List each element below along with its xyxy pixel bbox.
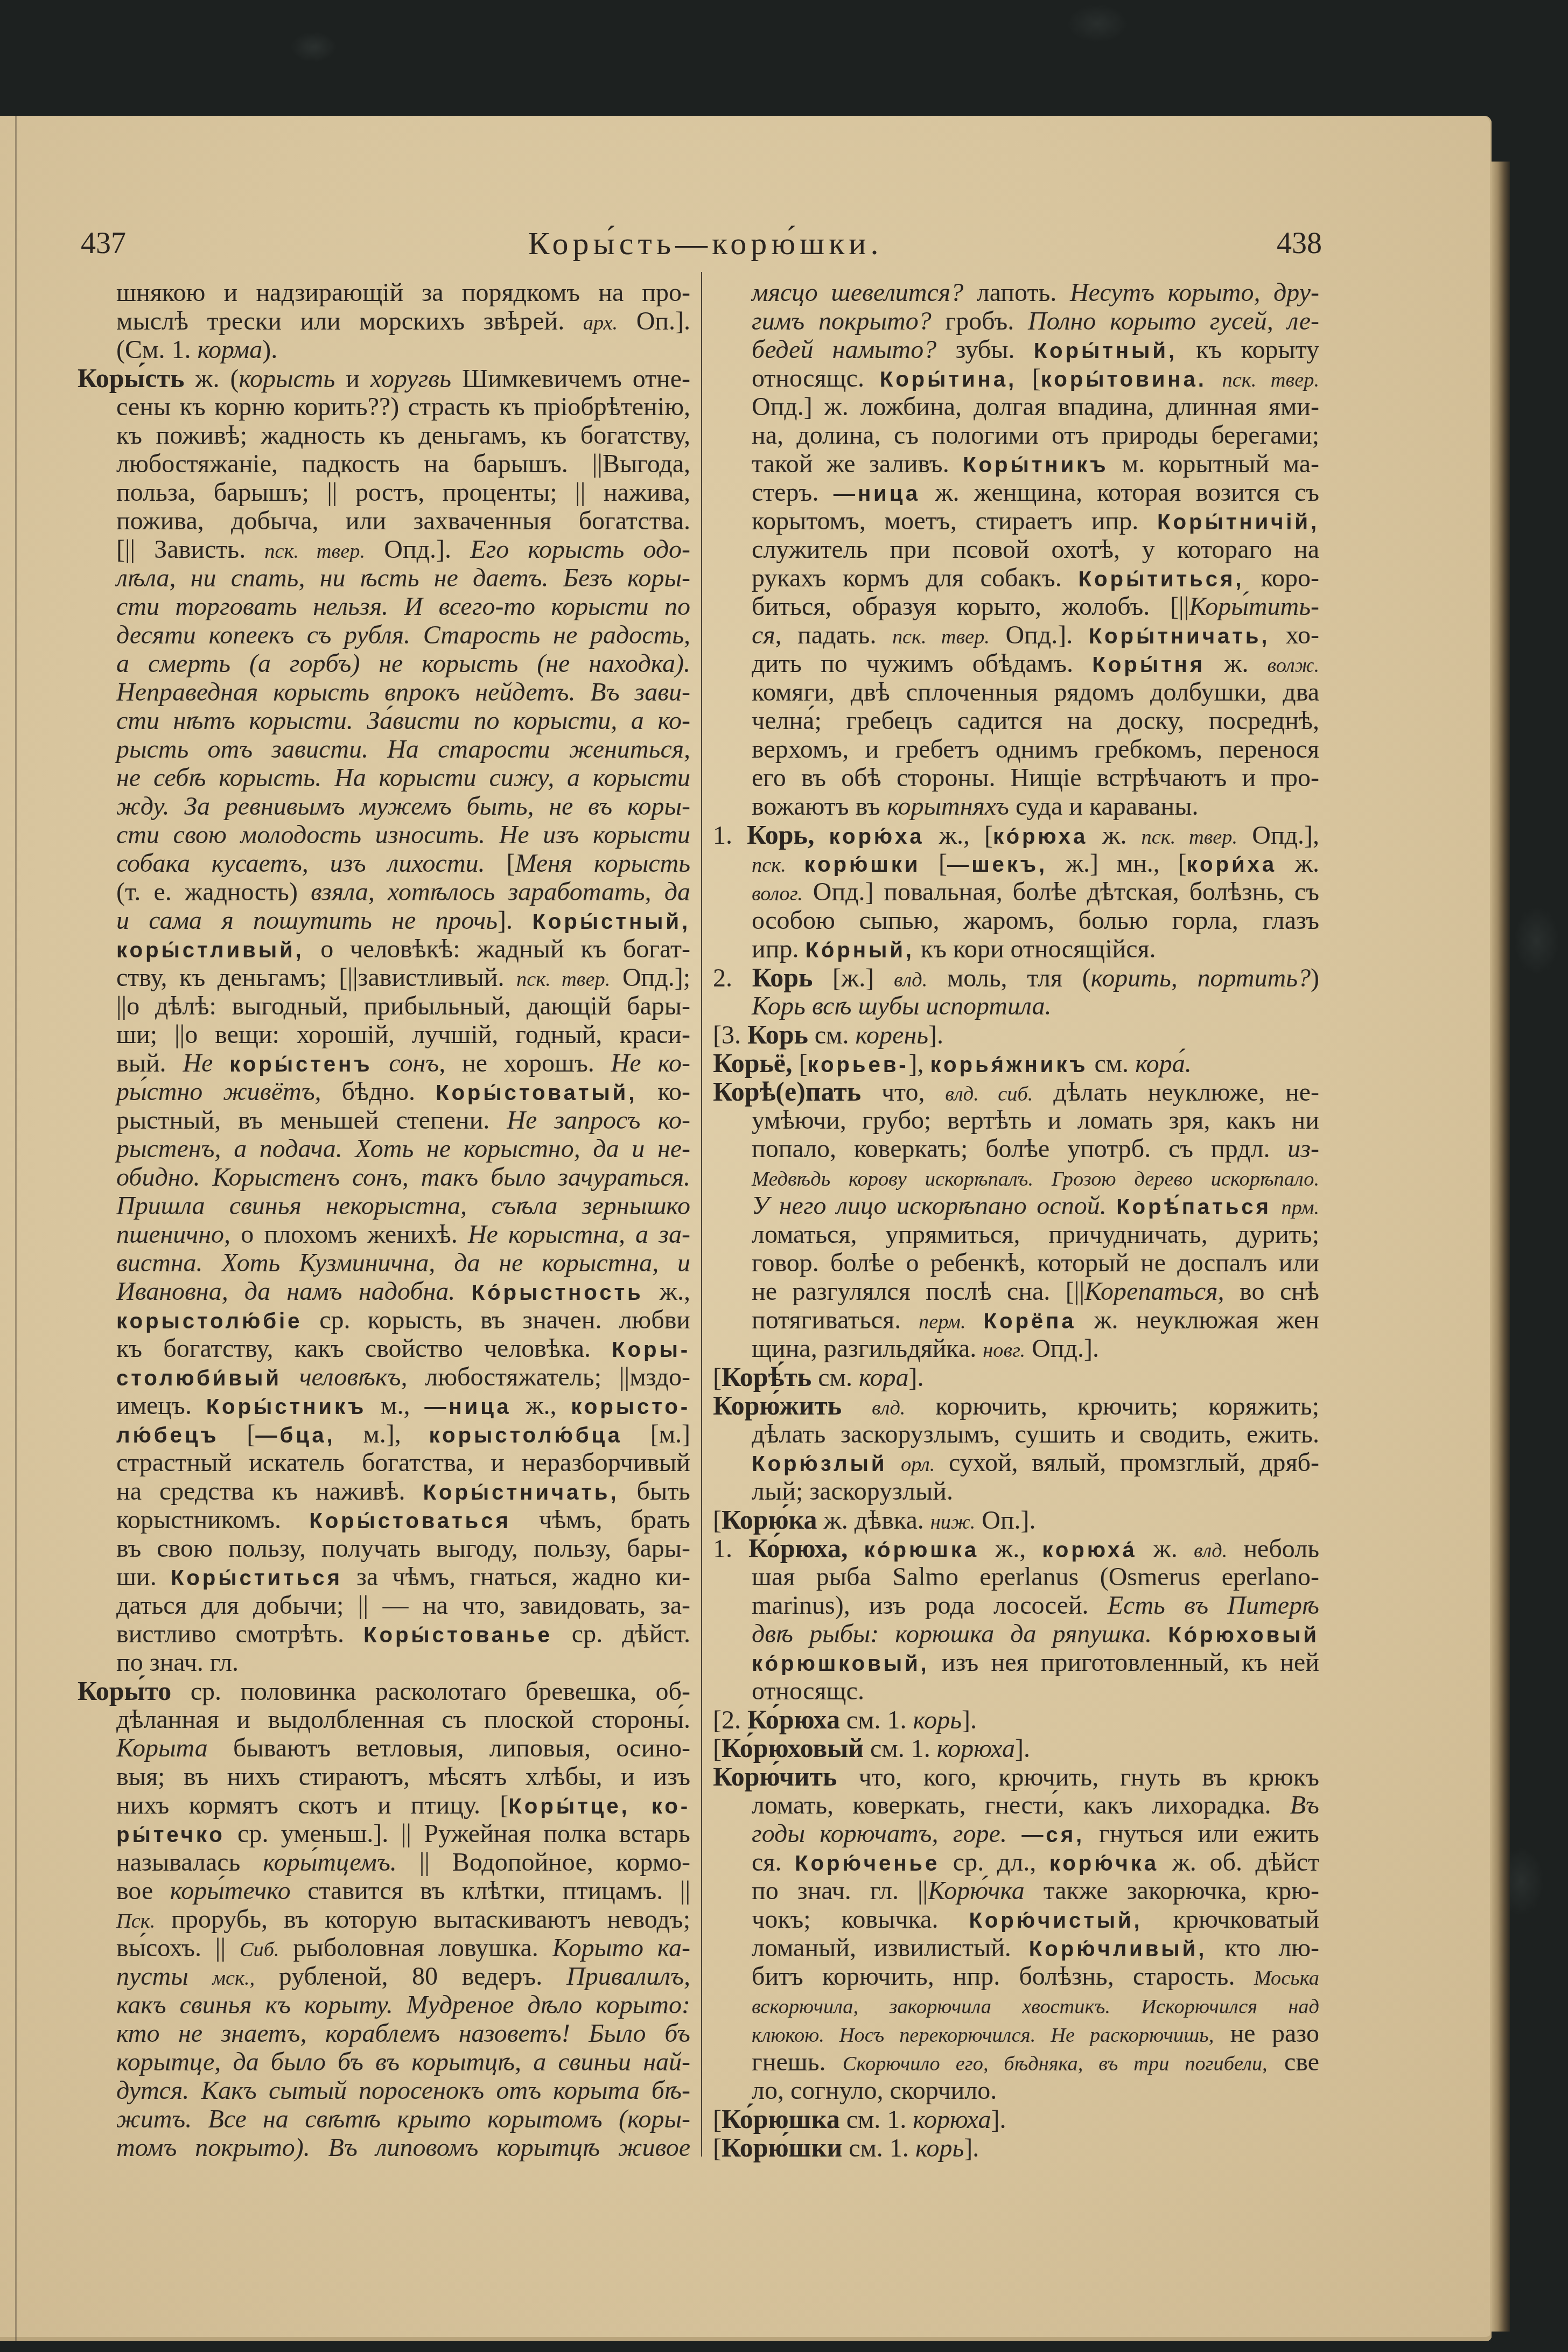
bold-derivative: коры́стенъ: [229, 1052, 372, 1076]
italic-text: Не: [183, 1049, 229, 1077]
text-run: см.: [811, 1363, 859, 1392]
dictionary-entry: [3. Корь см. корень].: [713, 1020, 1319, 1049]
text-run: лапоть.: [963, 278, 1070, 307]
text-run: въ свою пользу, получать выгоду, пользу,…: [116, 1534, 690, 1563]
bold-derivative: Коры́тина,: [880, 367, 1017, 391]
text-run: ж.: [1277, 849, 1319, 878]
text-run: потягиваться.: [752, 1306, 919, 1334]
italic-text: кора: [859, 1363, 909, 1392]
text-run: м. корытный ма-: [1108, 450, 1319, 478]
page-number-right: 438: [1238, 222, 1322, 265]
text-run: быть: [619, 1477, 690, 1506]
text-line: служитель при псовой охотѣ, у котораго н…: [713, 535, 1319, 564]
bold-derivative: Коры́стоваться: [309, 1508, 511, 1533]
text-line: 2. Корь [ж.] влд. моль, тля (корить, пор…: [713, 963, 1319, 992]
text-run: ].: [928, 1021, 943, 1049]
bold-derivative: ко́рюха: [993, 824, 1088, 849]
text-line: корыстникомъ. Коры́стоваться чѣмъ, брать: [78, 1506, 690, 1534]
text-run: Опд.].: [365, 535, 470, 564]
small-italic-abbreviation: пск. твер.: [1141, 826, 1237, 849]
bold-derivative: кори́ха: [1187, 852, 1277, 877]
text-run: Опд.] ж. ложбина, долгая впадина, длинна…: [752, 393, 1319, 421]
text-run: говор. болѣе о ребенкѣ, который не доспа…: [752, 1249, 1319, 1277]
text-line: Коры́сть ж. (корысть и хоругвь Шимкевиче…: [78, 364, 690, 393]
text-run: ].: [498, 906, 532, 935]
text-run: ся.: [752, 1848, 795, 1877]
headword: Корю́чить: [713, 1762, 837, 1791]
italic-text: Неправедная корысть впрокъ нейдетъ. Въ з…: [116, 678, 690, 706]
headword: Корь: [747, 1020, 808, 1049]
text-run: см.: [1088, 1049, 1135, 1078]
italic-text: корюха: [913, 2105, 991, 2134]
text-run: [ж.]: [813, 964, 893, 992]
headword: Корю́шки: [722, 2133, 842, 2162]
column-left: шнякою и надзирающій за порядкомъ на про…: [78, 278, 690, 2162]
bold-derivative: ко́рюшковый,: [752, 1651, 929, 1676]
running-head-title: Коры́сть—корю́шки.: [490, 222, 921, 265]
text-line: вый. Не коры́стенъ сонъ, не хорошъ. Не к…: [78, 1049, 690, 1077]
text-line: вскорючила, закорючила хвостикъ. Искорюч…: [713, 1991, 1319, 2019]
bold-derivative: Коры́стный,: [532, 909, 690, 934]
italic-text: корюха: [937, 1734, 1015, 1763]
italic-text: Корь всѣ шубы испортила.: [752, 992, 1051, 1020]
dictionary-entry: шнякою и надзирающій за порядкомъ на про…: [78, 278, 690, 364]
text-run: ж.,: [643, 1277, 690, 1306]
text-run: верхомъ, и гребетъ однимъ гребкомъ, пере…: [752, 735, 1319, 764]
text-run: Оп.].: [975, 1506, 1035, 1535]
text-line: имецъ. Коры́стникъ м., —ница ж., корысто…: [78, 1391, 690, 1420]
text-line: 1. Корь, корю́ха ж., [ко́рюха ж. пск. тв…: [713, 821, 1319, 849]
text-line: лѣла, ни спать, ни ѣсть не даетъ. Безъ к…: [78, 564, 690, 592]
text-run: кто лю-: [1207, 1934, 1319, 1962]
text-run: такой же заливъ.: [752, 450, 963, 478]
text-run: челна́; гребецъ садится на доску, посред…: [752, 706, 1319, 735]
small-italic-abbreviation: Медвѣдь корову искорѣпалъ. Грозою дерево…: [752, 1168, 1319, 1191]
text-run: [: [792, 1049, 807, 1078]
text-line: Корьё, [корьев-], корья́жникъ см. кора́.: [713, 1049, 1319, 1077]
italic-text: кора́.: [1135, 1049, 1192, 1078]
dictionary-entry: [Ко́рюховый см. 1. корюха].: [713, 1734, 1319, 1762]
italic-text: Несутъ корыто, дру-: [1070, 278, 1319, 307]
italic-text: гимъ покрыто?: [752, 307, 932, 335]
text-run: чокъ; ковычка.: [752, 1905, 969, 1934]
text-run: дѣлать заскорузлымъ, сушить и сводить, е…: [752, 1420, 1319, 1448]
text-run: [м.]: [622, 1420, 690, 1448]
italic-text: взяла, хотѣлось заработать, да: [311, 878, 690, 906]
text-run: (т. е. жадность): [116, 878, 311, 906]
text-run: лый; заскорузлый.: [752, 1477, 953, 1506]
text-run: падать.: [782, 621, 892, 649]
bold-derivative: Коры́тня: [1092, 652, 1205, 677]
italic-text: сти торговать нельзя. И всего-то корысти…: [116, 592, 690, 621]
text-run: ж. об. дѣйст: [1159, 1848, 1319, 1877]
text-run: неболь: [1227, 1535, 1319, 1563]
text-run: ].: [962, 1706, 977, 1734]
small-italic-abbreviation: влд.: [894, 969, 927, 991]
text-run: рукахъ кормъ для собакъ.: [752, 564, 1079, 592]
italic-text: ры́стно живётъ,: [116, 1077, 321, 1106]
text-run: [|| Зависть.: [116, 535, 264, 564]
text-line: щина, разгильдяйка. новг. Опд.].: [713, 1334, 1319, 1363]
italic-text: вистна. Хоть Кузминична, да не корыстна,…: [116, 1249, 690, 1277]
dictionary-entry: Корѣ(е)пать что, влд. сиб. дѣлать неуклю…: [713, 1077, 1319, 1363]
text-run: мыслѣ трески или морскихъ звѣрей.: [116, 307, 583, 335]
text-run: 2.: [713, 964, 752, 992]
bold-derivative: Корѣ́паться: [1116, 1194, 1271, 1219]
text-line: ||о дѣлѣ: выгодный, прибыльный, дающій б…: [78, 992, 690, 1020]
text-run: вы́сохъ. ||: [116, 1934, 240, 1962]
dictionary-entry: Корю́жить влд. корючить, крючить; коряжи…: [713, 1391, 1319, 1506]
text-line: такой же заливъ. Коры́тникъ м. корытный …: [713, 450, 1319, 478]
italic-text: Привалилъ,: [566, 1962, 690, 1991]
italic-text: кто не знаетъ, кораблемъ назоветъ! Было …: [116, 2019, 690, 2048]
text-run: 1.: [713, 1535, 748, 1563]
small-italic-abbreviation: пск. твер.: [516, 968, 610, 991]
text-line: на, долина, съ пологими отъ природы бере…: [713, 421, 1319, 450]
text-run: сухой, вялый, промзглый, дряб-: [935, 1448, 1319, 1477]
text-line: [Корю́ка ж. дѣвка. ниж. Оп.].: [713, 1506, 1319, 1534]
text-run: [: [713, 2134, 722, 2162]
text-run: ломаться, упрямиться, причудничать, дури…: [752, 1220, 1319, 1249]
small-italic-abbreviation: пск. твер.: [1222, 369, 1319, 391]
text-run: даться для добычи; || — на что, завидова…: [116, 1591, 690, 1620]
text-line: бедей намыто? зубы. Коры́тный, къ корыту: [713, 335, 1319, 364]
text-line: [Корѣ́ть см. кора].: [713, 1363, 1319, 1391]
text-run: ломать, коверкать, гнести́, какъ лихорад…: [752, 1791, 1290, 1819]
italic-text: пшенично,: [116, 1220, 230, 1249]
text-run: его въ обѣ стороны. Нищіе встрѣчаютъ и п…: [752, 764, 1319, 792]
small-italic-abbreviation: вскорючила, закорючила хвостикъ. Искорюч…: [752, 1996, 1319, 2018]
text-run: ].: [964, 2134, 979, 2162]
text-run: сены къ корню корить??) страсть къ пріоб…: [116, 393, 690, 421]
text-line: [3. Корь см. корень].: [713, 1020, 1319, 1049]
italic-text: Меня корысть: [515, 849, 690, 878]
italic-text: томъ покрыто). Въ липовомъ корытцѣ живое: [116, 2133, 690, 2162]
text-run: по знач. гл. ||: [752, 1877, 928, 1905]
text-run: биться, образуя корыто, жолобъ. [||: [752, 592, 1189, 621]
text-run: не разгулялся послѣ сна. [||: [752, 1277, 1084, 1306]
text-line: Неправедная корысть впрокъ нейдетъ. Въ з…: [78, 678, 690, 706]
text-run: ср. дѣйст.: [552, 1620, 690, 1648]
text-run: вожаютъ въ: [752, 792, 887, 821]
text-run: по знач. гл.: [116, 1648, 239, 1677]
text-line: пожива, добыча, или захваченныя богатств…: [78, 507, 690, 535]
bold-derivative: ко́рюшка: [864, 1537, 979, 1562]
italic-text: Его корысть одо-: [470, 535, 690, 564]
dictionary-entry: Коры́то ср. половинка расколотаго бревеш…: [78, 1677, 690, 2162]
small-italic-abbreviation: пск.: [752, 854, 786, 877]
bold-derivative: —ница: [834, 481, 920, 506]
text-line: какъ свинья къ корыту. Мудреное дѣло кор…: [78, 1991, 690, 2019]
italic-text: рыстенъ, а подача. Хоть не корыстно, да …: [116, 1135, 690, 1163]
text-run: см. 1.: [840, 1706, 913, 1734]
headword: Корѣ́ть: [722, 1362, 811, 1392]
text-line: собака кусаетъ, изъ лихости. [Меня корыс…: [78, 849, 690, 878]
dictionary-entry: [Корю́шки см. 1. корь].: [713, 2133, 1319, 2162]
text-line: Коры́то ср. половинка расколотаго бревеш…: [78, 1677, 690, 1705]
text-line: страстный искатель богатства, и неразбор…: [78, 1448, 690, 1477]
text-line: говор. болѣе о ребенкѣ, который не доспа…: [713, 1249, 1319, 1277]
bold-derivative: Корю́чливый,: [1029, 1936, 1207, 1961]
text-run: ставится въ клѣтки, птицамъ. ||: [291, 1877, 690, 1905]
text-run: Опд.] повальная, болѣе дѣтская, болѣзнь,…: [803, 878, 1319, 906]
text-run: не хорошъ.: [445, 1049, 611, 1077]
text-run: рубленой, 80 ведеръ.: [255, 1962, 566, 1991]
text-line: даться для добычи; || — на что, завидова…: [78, 1591, 690, 1620]
text-run: ): [1311, 964, 1319, 992]
text-run: корючить, крючить; коряжить;: [905, 1392, 1319, 1420]
text-line: рысть отъ зависти. На старости жениться,: [78, 735, 690, 764]
text-line: [|| Зависть. пск. твер. Опд.]. Его корыс…: [78, 535, 690, 564]
text-run: ||о дѣлѣ: выгодный, прибыльный, дающій б…: [116, 992, 690, 1020]
text-line: гнешь. Скорючило его, бѣдняка, въ три по…: [713, 2048, 1319, 2076]
text-line: корытце, да было бъ въ корытцѣ, а свиньи…: [78, 2048, 690, 2076]
text-run: къ богатству, какъ свойство человѣка.: [116, 1334, 612, 1363]
text-line: [Корю́шки см. 1. корь].: [713, 2133, 1319, 2162]
text-run: ср. уменьш.]. || Ружейная полка встарь: [225, 1819, 690, 1848]
bold-derivative: Коры́тный,: [1034, 338, 1177, 363]
text-line: попало, коверкать; болѣе употрб. съ прдл…: [713, 1135, 1319, 1163]
text-run: не разо: [1214, 2019, 1319, 2048]
text-run: [1207, 364, 1222, 393]
text-line: Корѣ(е)пать что, влд. сиб. дѣлать неуклю…: [713, 1077, 1319, 1106]
text-line: комяги, двѣ сплоченныя рядомъ долбушки, …: [713, 678, 1319, 706]
text-line: и сама я пошутить не прочь]. Коры́стный,: [78, 906, 690, 935]
italic-text: Корыто ка-: [552, 1934, 690, 1962]
italic-text: двѣ рыбы: корюшка да ряпушка.: [752, 1620, 1168, 1648]
dictionary-entry: [Ко́рюшка см. 1. корюха].: [713, 2105, 1319, 2133]
headword: Корьё,: [713, 1048, 792, 1078]
text-line: десяти копеекъ съ рубля. Старость не рад…: [78, 621, 690, 649]
text-line: Корю́чить что, кого, крючить, гнуть въ к…: [713, 1762, 1319, 1791]
italic-text: ся,: [752, 621, 782, 649]
text-line: по знач. гл. ||Корю́чка также закорючка,…: [713, 1877, 1319, 1905]
text-run: корытомъ, моетъ, стираетъ ипр.: [752, 507, 1157, 535]
italic-text: сонъ,: [372, 1049, 445, 1077]
text-run: Оп.].: [618, 307, 690, 335]
text-run: къ корыту: [1177, 335, 1319, 364]
text-run: ло, согнуло, скорчило.: [752, 2076, 997, 2105]
text-run: прорубь, въ которую вытаскиваютъ неводъ;: [155, 1905, 690, 1934]
bold-derivative: —шекъ,: [947, 852, 1047, 877]
text-line: коры́стливый, о человѣкѣ: жадный къ бога…: [78, 935, 690, 963]
italic-text: собака кусаетъ, изъ лихости.: [116, 849, 506, 878]
small-italic-abbreviation: новг.: [983, 1339, 1025, 1362]
italic-text: сти нѣтъ корысти. За́висти по корысти, а…: [116, 706, 690, 735]
text-line: сти свою молодость износить. Не изъ коры…: [78, 821, 690, 849]
text-line: волог. Опд.] повальная, болѣе дѣтская, б…: [713, 878, 1319, 906]
italic-text: лѣла, ни спать, ни ѣсть не даетъ. Безъ к…: [116, 564, 690, 592]
text-run: относящс.: [752, 364, 880, 393]
headword: Ко́рюха: [747, 1705, 840, 1734]
text-line: ши. Коры́ститься за чѣмъ, гнаться, жадно…: [78, 1563, 690, 1591]
text-line: относящс.: [713, 1677, 1319, 1705]
text-line: ры́течко ср. уменьш.]. || Ружейная полка…: [78, 1819, 690, 1848]
text-run: [1271, 1192, 1281, 1220]
text-run: умѣючи, грубо; вертѣть и ломать зря, как…: [752, 1106, 1319, 1135]
text-run: страстный искатель богатства, и неразбор…: [116, 1448, 690, 1477]
text-line: ству, къ деньгамъ; [||завистливый. пск. …: [78, 963, 690, 992]
text-run: [842, 1392, 872, 1420]
text-line: любостяжаніе, падкость на барышъ. ||Выго…: [78, 450, 690, 478]
small-italic-abbreviation: прм.: [1281, 1196, 1319, 1219]
text-run: крючковатый: [1143, 1905, 1319, 1934]
italic-text: У него лицо искорѣпано оспой.: [752, 1192, 1116, 1220]
text-run: корыстникомъ.: [116, 1506, 309, 1534]
bold-derivative: Коры́титься,: [1079, 566, 1244, 591]
italic-text: корысть: [239, 365, 335, 393]
text-line: жду. За ревнивымъ мужемъ быть, не въ кор…: [78, 792, 690, 821]
text-line: по знач. гл.: [78, 1648, 690, 1677]
text-line: Корыта бываютъ ветловыя, липовыя, осино-: [78, 1734, 690, 1762]
text-run: выя; въ нихъ стираютъ, мѣсятъ хлѣбы, и и…: [116, 1762, 690, 1791]
text-run: комяги, двѣ сплоченныя рядомъ долбушки, …: [752, 678, 1319, 706]
italic-text: жду. За ревнивымъ мужемъ быть, не въ кор…: [116, 792, 690, 821]
text-line: рыстенъ, а подача. Хоть не корыстно, да …: [78, 1135, 690, 1163]
dictionary-entry: 1. Ко́рюха, ко́рюшка ж., корюха́ ж. влд.…: [713, 1534, 1319, 1705]
text-line: житъ. Все на свѣтѣ крыто корытомъ (коры-: [78, 2105, 690, 2133]
text-run: [1007, 1819, 1021, 1848]
text-run: что,: [861, 1078, 945, 1107]
text-run: ср. дл.,: [940, 1848, 1049, 1877]
italic-text: корма: [197, 335, 262, 364]
headword: Корь: [752, 963, 813, 992]
text-run: [: [1017, 364, 1041, 393]
bold-derivative: корыстолю́бца: [429, 1423, 622, 1447]
text-line: ся. Корю́ченье ср. дл., корю́чка ж. об. …: [713, 1848, 1319, 1877]
bold-derivative: корыстолю́біе: [116, 1308, 302, 1333]
italic-text: житъ. Все на свѣтѣ крыто корытомъ (коры-: [116, 2105, 690, 2133]
bold-derivative: —бца,: [255, 1423, 335, 1447]
text-run: см.: [808, 1021, 856, 1049]
dictionary-entry: Коры́сть ж. (корысть и хоругвь Шимкевиче…: [78, 364, 690, 1677]
small-italic-abbreviation: волог.: [752, 883, 803, 905]
text-line: сены къ корню корить??) страсть къ пріоб…: [78, 393, 690, 421]
text-run: вое: [116, 1877, 170, 1905]
text-run: см. 1.: [840, 2105, 913, 2134]
text-run: бываютъ ветловыя, липовыя, осино-: [208, 1734, 690, 1762]
text-run: см. 1.: [864, 1734, 937, 1763]
text-run: служитель при псовой охотѣ, у котораго н…: [752, 535, 1319, 564]
text-run: [2.: [713, 1706, 747, 1734]
text-line: вожаютъ въ корытняхъ суда и караваны.: [713, 792, 1319, 821]
text-line: дить по чужимъ обѣдамъ. Коры́тня ж. волж…: [713, 649, 1319, 678]
italic-text: пусты: [116, 1962, 212, 1991]
text-line: дѣланная и выдолбленная съ плоской сторо…: [78, 1705, 690, 1734]
italic-text: сти свою молодость износить. Не изъ коры…: [116, 821, 690, 849]
small-italic-abbreviation: влд.: [1194, 1539, 1227, 1562]
text-line: верхомъ, и гребетъ однимъ гребкомъ, пере…: [713, 735, 1319, 764]
text-line: ломать, коверкать, гнести́, какъ лихорад…: [713, 1791, 1319, 1819]
italic-text: коры́тцемъ.: [263, 1848, 397, 1877]
text-line: корыстолю́біе ср. корысть, въ значен. лю…: [78, 1306, 690, 1334]
bold-derivative: столюби́вый: [116, 1366, 282, 1390]
text-run: любостяжатель; ||мздо-: [407, 1363, 690, 1391]
text-line: [2. Ко́рюха см. 1. корь].: [713, 1705, 1319, 1734]
dictionary-entry: [Корѣ́ть см. кора].: [713, 1363, 1319, 1391]
text-run: см. 1.: [842, 2134, 915, 2162]
text-run: и: [335, 365, 370, 393]
text-run: попало, коверкать; болѣе употрб. съ прдл…: [752, 1135, 1287, 1163]
small-italic-abbreviation: Пск.: [116, 1910, 155, 1933]
headword: Ко́рюшка: [722, 2104, 840, 2134]
text-run: Шимкевичемъ отне-: [451, 365, 690, 393]
text-line: чокъ; ковычка. Корю́чистый, крючковатый: [713, 1905, 1319, 1934]
text-line: пусты мск., рубленой, 80 ведеръ. Привали…: [78, 1962, 690, 1991]
text-run: [848, 1535, 864, 1563]
bold-derivative: коры́стливый,: [116, 937, 304, 962]
text-run: м.,: [366, 1391, 424, 1420]
text-line: (См. 1. корма).: [78, 335, 690, 364]
small-italic-abbreviation: волж.: [1268, 654, 1319, 677]
headword: Ко́рюховый: [722, 1733, 864, 1763]
italic-text: десяти копеекъ съ рубля. Старость не рад…: [116, 621, 690, 649]
text-line: шнякою и надзирающій за порядкомъ на про…: [78, 278, 690, 307]
text-run: ши.: [116, 1563, 171, 1591]
italic-text: корить, портить?: [1091, 964, 1311, 992]
small-italic-abbreviation: влд.: [872, 1397, 905, 1419]
text-run: чѣмъ, брать: [511, 1506, 690, 1534]
text-run: ипр.: [752, 935, 805, 963]
text-line: рыстный, въ меньшей степени. Не запросъ …: [78, 1106, 690, 1135]
text-line: клюкою. Носъ перекорючился. Не раскорючи…: [713, 2019, 1319, 2048]
small-italic-abbreviation: пск. твер.: [264, 540, 365, 563]
italic-text: рысть отъ зависти. На старости жениться,: [116, 735, 690, 764]
italic-text: и сама я пошутить не прочь: [116, 906, 498, 935]
page-number-left: 437: [81, 222, 126, 265]
text-run: ж. (: [184, 365, 239, 393]
text-run: дѣлать неуклюже, не-: [1033, 1078, 1319, 1107]
text-run: Опд.];: [610, 963, 690, 992]
italic-text: обидно. Корыстенъ сонъ, такъ было зачура…: [116, 1163, 690, 1192]
text-line: ипр. Ко́рный, къ кори относящійся.: [713, 935, 1319, 963]
text-line: относящс. Коры́тина, [коры́товина. пск. …: [713, 364, 1319, 393]
text-run: [: [920, 849, 947, 878]
italic-text: какъ свинья къ корыту. Мудреное дѣло кор…: [116, 1991, 690, 2019]
italic-text: бедей намыто?: [752, 335, 936, 364]
bold-derivative: Коры-: [612, 1337, 690, 1362]
text-line: къ богатству, какъ свойство человѣка. Ко…: [78, 1334, 690, 1363]
text-line: шая рыба Salmo eperlanus (Osmerus eperla…: [713, 1563, 1319, 1591]
text-line: Пришла свинья некорыстна, съѣла зернышко: [78, 1192, 690, 1220]
text-run: ].: [909, 1363, 924, 1392]
text-run: Опд.].: [990, 621, 1089, 649]
text-run: гробъ.: [932, 307, 1028, 335]
text-line: не разгулялся послѣ сна. [||Корепаться, …: [713, 1277, 1319, 1306]
text-run: ],: [909, 1049, 930, 1078]
text-line: пск. корю́шки [—шекъ, ж.] мн., [кори́ха …: [713, 849, 1319, 878]
text-run: хо-: [1270, 621, 1319, 649]
text-line: потягиваться. перм. Корёпа ж. неуклюжая …: [713, 1306, 1319, 1334]
italic-text: Пришла свинья некорыстна, съѣла зернышко: [116, 1192, 690, 1220]
italic-text: годы корючатъ, горе.: [752, 1819, 1007, 1848]
text-line: пшенично, о плохомъ женихѣ. Не корыстна,…: [78, 1220, 690, 1249]
text-run: ж.,: [979, 1535, 1042, 1563]
text-line: особою сыпью, жаромъ, болью горла, глазъ: [713, 906, 1319, 935]
small-italic-abbreviation: влд. сиб.: [945, 1083, 1033, 1105]
text-line: ко́рюшковый, изъ нея приготовленный, къ …: [713, 1648, 1319, 1677]
text-run: [966, 1306, 984, 1334]
text-line: Корю́злый орл. сухой, вялый, промзглый, …: [713, 1448, 1319, 1477]
small-italic-abbreviation: перм.: [919, 1311, 966, 1333]
text-run: ).: [262, 335, 277, 364]
text-line: (т. е. жадность) взяла, хотѣлось заработ…: [78, 878, 690, 906]
italic-text: корень: [855, 1021, 928, 1049]
headword: Коры́сть: [78, 363, 184, 393]
text-line: Ивановна, да намъ надобна. Ко́рыстность …: [78, 1277, 690, 1306]
text-line: вистна. Хоть Кузминична, да не корыстна,…: [78, 1249, 690, 1277]
text-line: 1. Ко́рюха, ко́рюшка ж., корюха́ ж. влд.…: [713, 1534, 1319, 1563]
